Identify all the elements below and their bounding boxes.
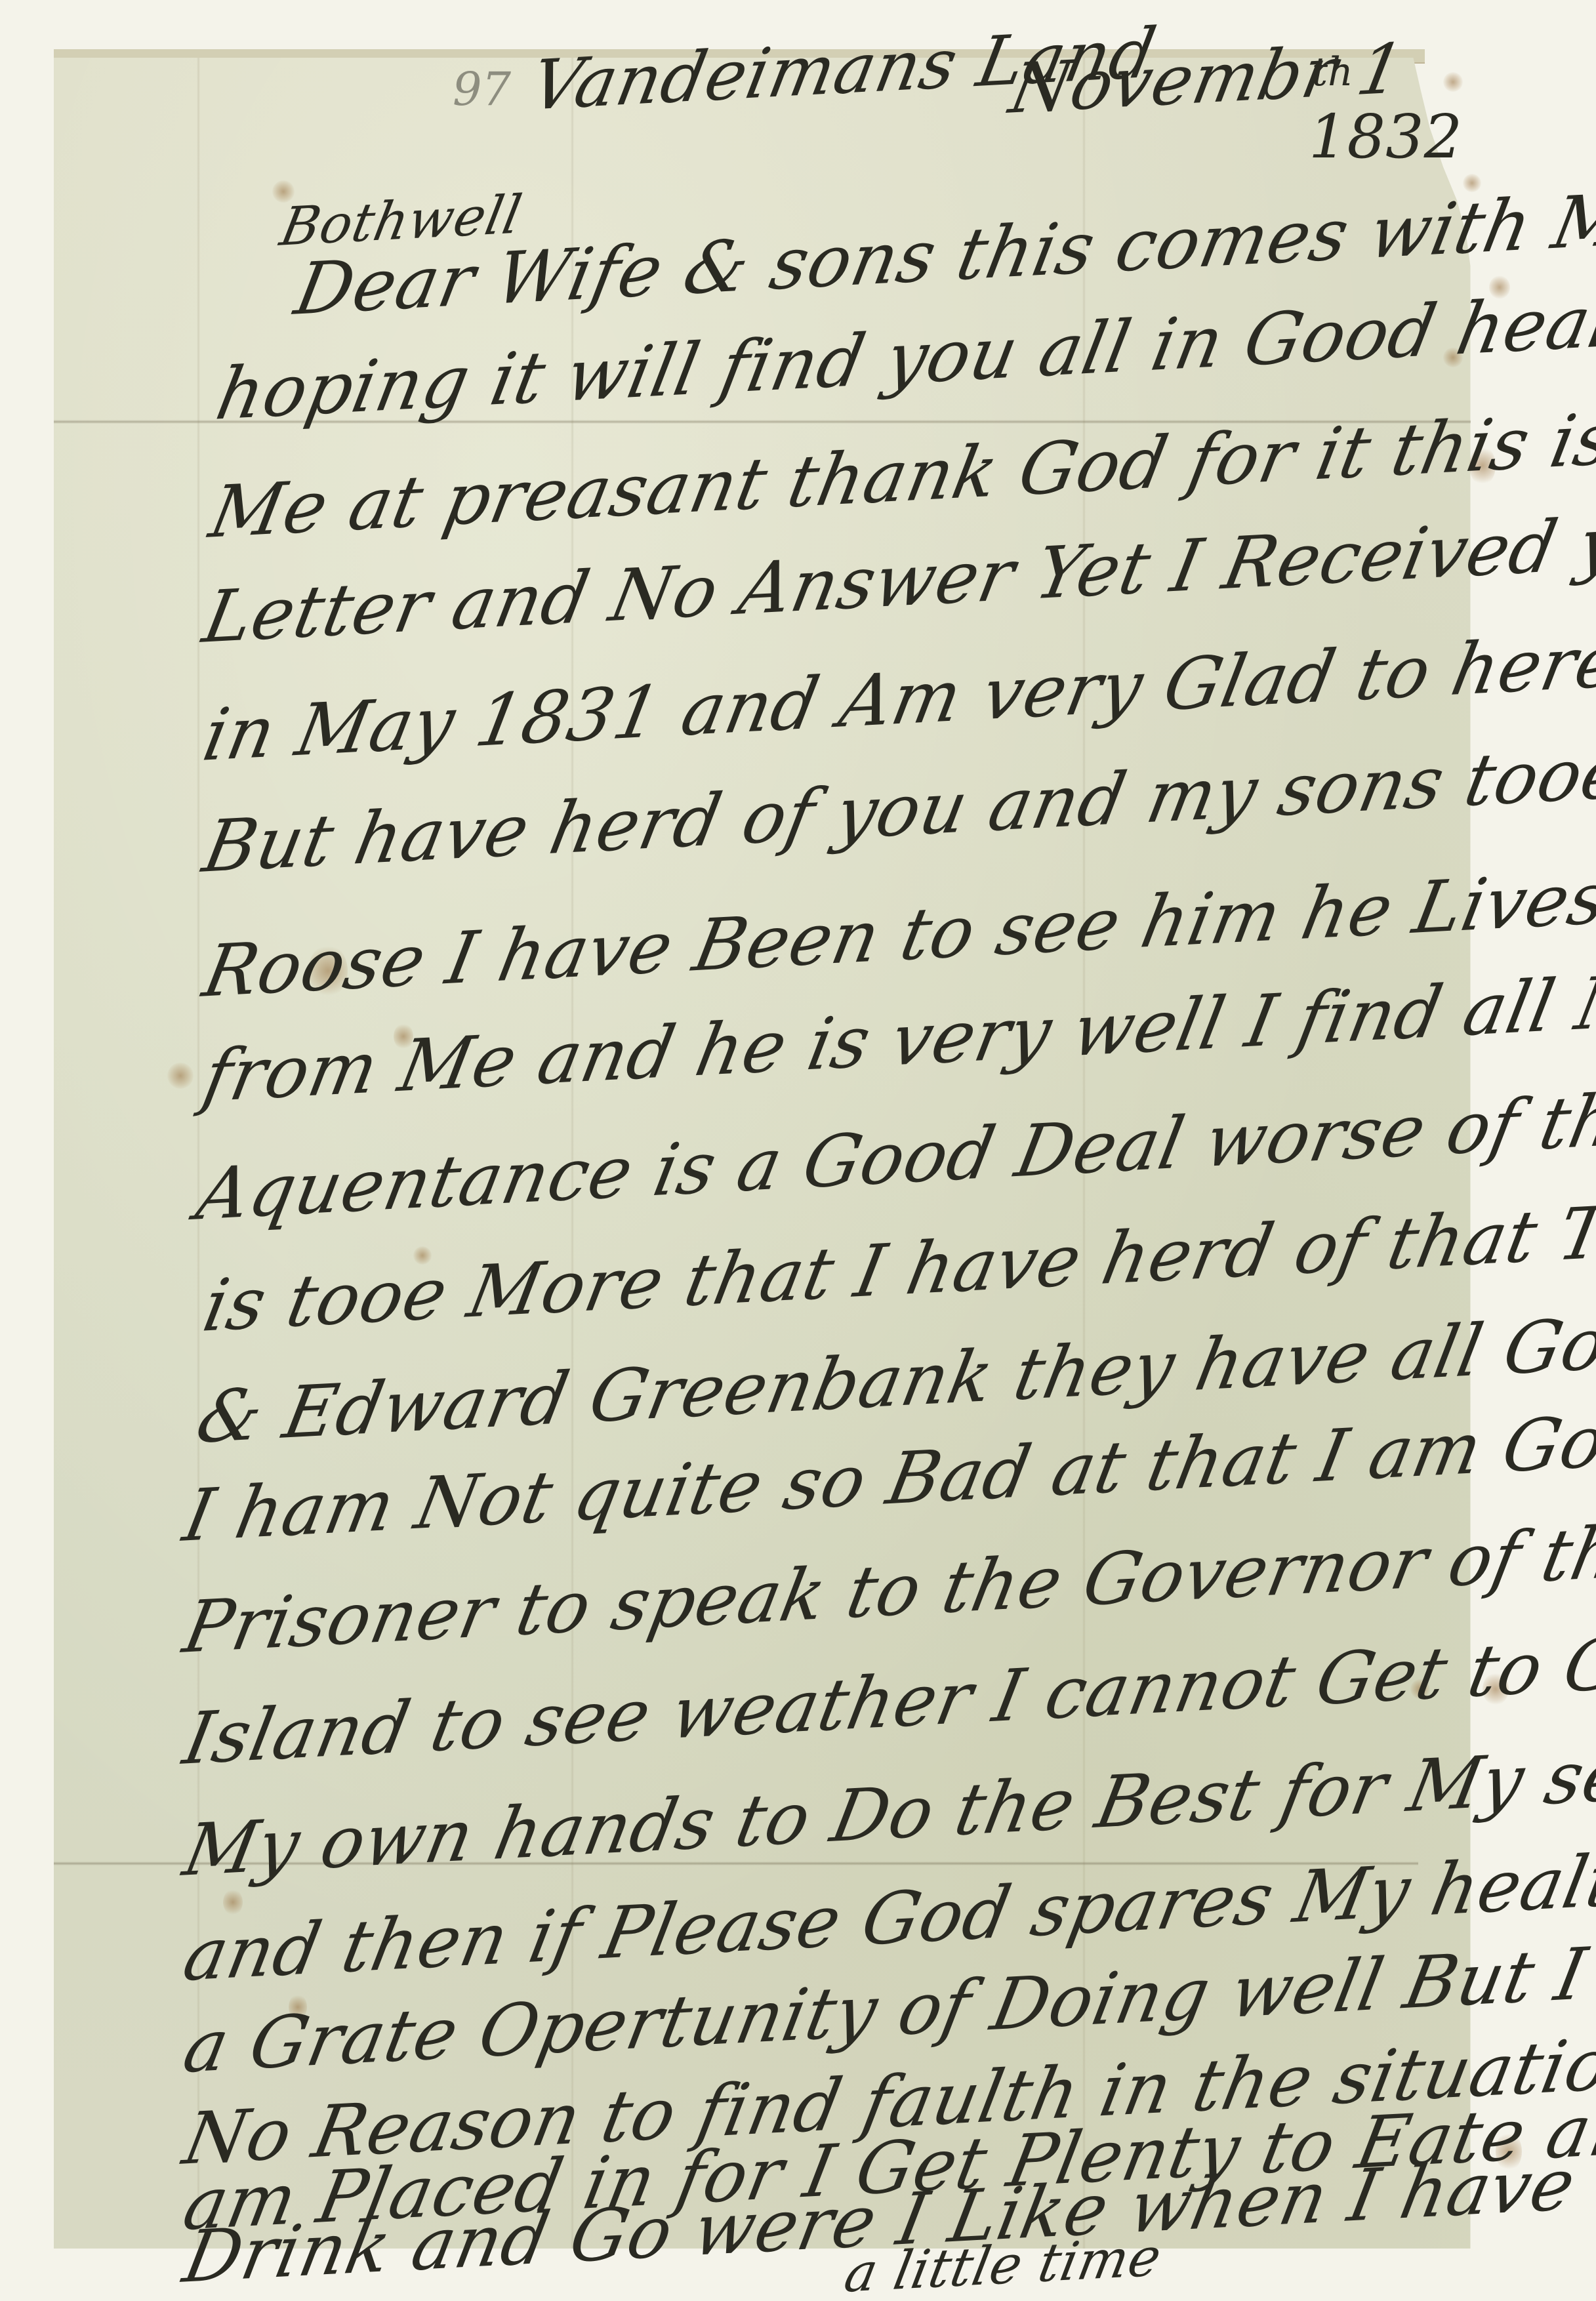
letter-date-ordinal: th — [1312, 49, 1353, 95]
foxing-stain — [1443, 72, 1463, 92]
foxing-stain — [167, 1063, 194, 1089]
letter-year: 1832 — [1309, 102, 1462, 172]
archive-annotation: 97 — [453, 62, 511, 116]
